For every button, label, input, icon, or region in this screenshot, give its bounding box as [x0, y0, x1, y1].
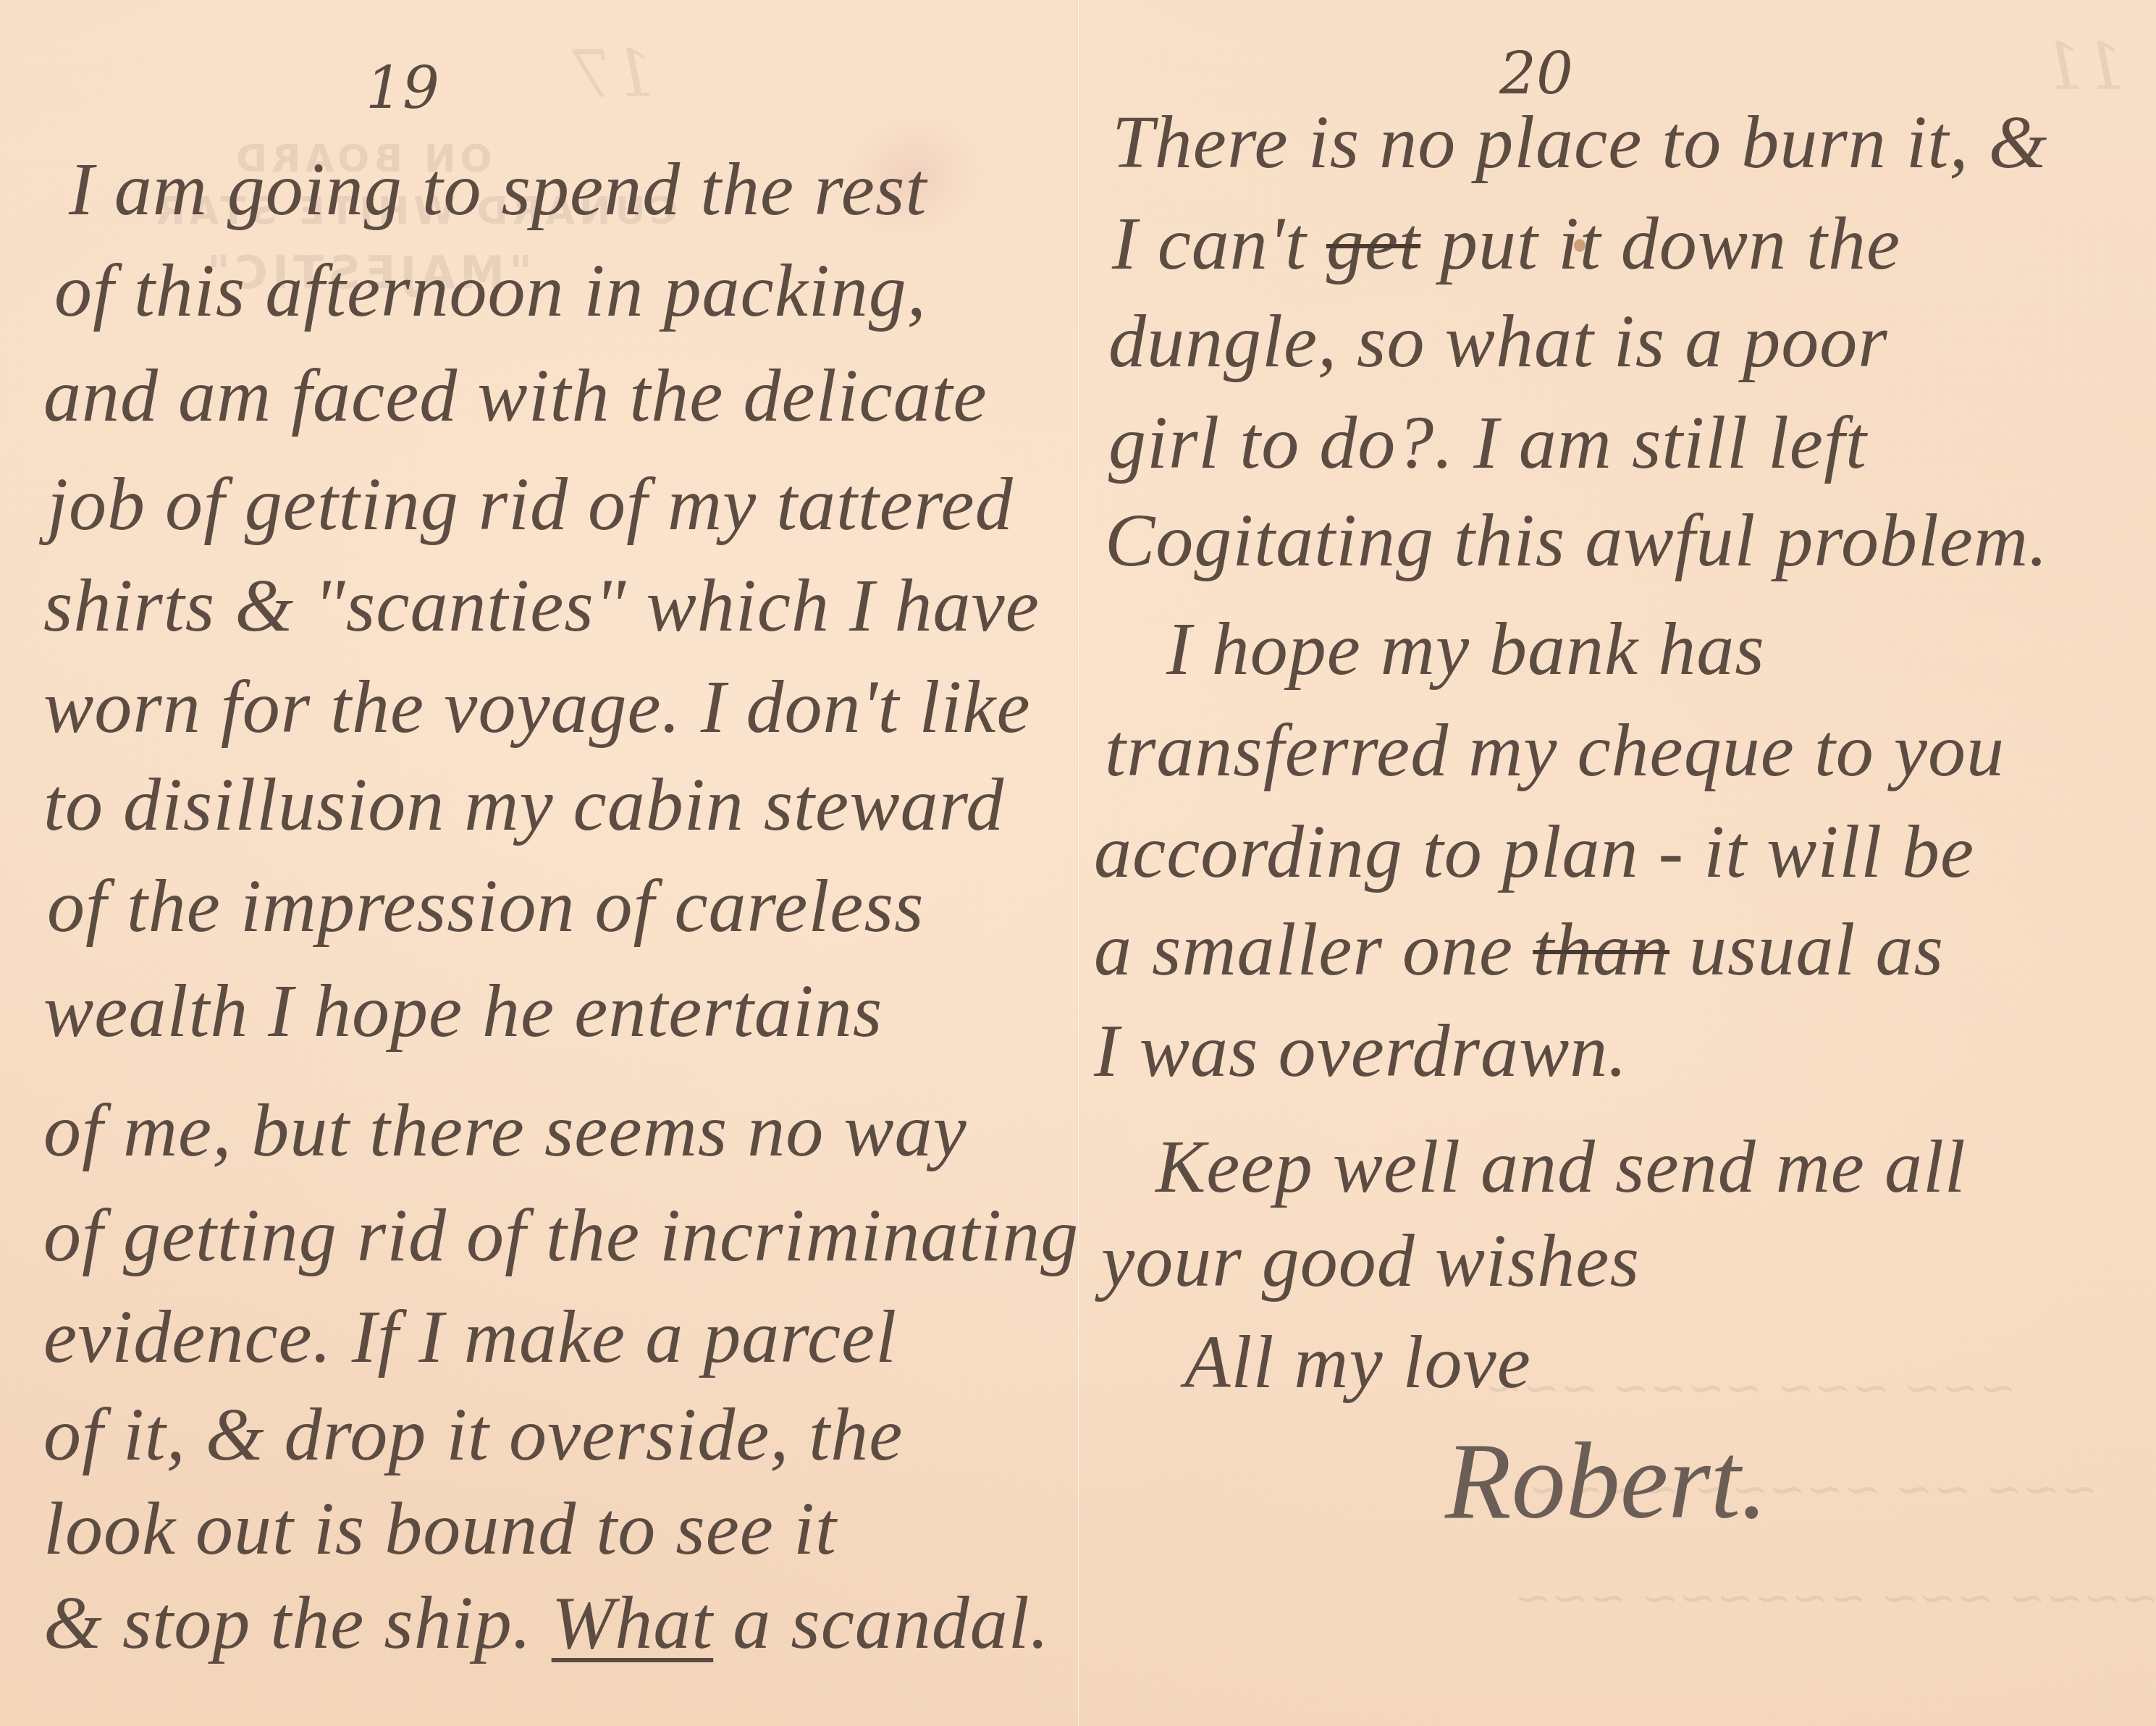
- right-page: 11 ~~~ ~~~ ~~~~ ~~~ ~~~ ~~ ~~~~~ ~~~~ ~~…: [1079, 0, 2156, 1726]
- letter-text: I can't: [1112, 202, 1326, 285]
- letter-text: & stop the ship.: [43, 1581, 532, 1664]
- signature: Robert.: [1445, 1419, 1768, 1544]
- valediction: All my love: [1184, 1325, 1531, 1400]
- ink-spot: [1574, 239, 1586, 252]
- letter-line: of this afternoon in packing,: [54, 253, 927, 329]
- letter-text: usual as: [1669, 908, 1944, 991]
- letter-line: worn for the voyage. I don't like: [43, 670, 1031, 745]
- letter-line: I am going to spend the rest: [69, 152, 927, 227]
- letter-line: according to plan - it will be: [1094, 814, 1974, 890]
- letter-line: I hope my bank has: [1166, 612, 1765, 687]
- letter-line: to disillusion my cabin steward: [43, 767, 1004, 843]
- reverse-page-number: 17: [572, 36, 655, 112]
- page-number-right: 20: [1499, 40, 1573, 107]
- letter-line: job of getting rid of my tattered: [47, 467, 1014, 542]
- letter-line-final: & stop the ship. What a scandal.: [43, 1586, 1050, 1661]
- reverse-writing-ghost: ~~~~ ~~~ ~~~~~~ ~~~: [1514, 1571, 2156, 1624]
- letter-text: a scandal.: [713, 1581, 1050, 1664]
- letter-line: girl to do?. I am still left: [1108, 405, 1867, 481]
- letter-line: a smaller one than usual as: [1094, 912, 1944, 988]
- closing-line: Keep well and send me all: [1155, 1129, 1966, 1205]
- scanned-letter: ON BOARD CUNARD WHITE STAR "MAJESTIC" 17…: [0, 0, 2156, 1726]
- letter-line: of the impression of careless: [47, 869, 924, 944]
- struck-word: get: [1326, 202, 1420, 285]
- reverse-writing-ghost: 11: [2042, 29, 2126, 105]
- closing-line: your good wishes: [1101, 1224, 1640, 1299]
- letter-line: Cogitating this awful problem.: [1105, 503, 2048, 578]
- left-page: ON BOARD CUNARD WHITE STAR "MAJESTIC" 17…: [0, 0, 1078, 1726]
- emphasized-word: What: [552, 1581, 714, 1664]
- page-number-left: 19: [366, 54, 439, 122]
- letter-line: transferred my cheque to you: [1105, 713, 2005, 788]
- letter-text: put it down the: [1420, 202, 1900, 285]
- letter-line: dungle, so what is a poor: [1108, 304, 1888, 379]
- letter-line: look out is bound to see it: [43, 1491, 837, 1567]
- letter-line: of it, & drop it overside, the: [43, 1397, 903, 1473]
- letter-line: evidence. If I make a parcel: [43, 1300, 897, 1375]
- letter-line: I can't get put it down the: [1112, 206, 1900, 282]
- letter-line: and am faced with the delicate: [43, 358, 988, 434]
- letter-line: I was overdrawn.: [1094, 1014, 1627, 1089]
- letter-text: a smaller one: [1094, 908, 1533, 991]
- reverse-writing-ghost: ~~~ ~~~ ~~~~ ~~~: [1485, 1361, 2016, 1414]
- letter-line: of getting rid of the incriminating: [43, 1198, 1078, 1274]
- letter-line: shirts & "scanties" which I have: [43, 568, 1040, 644]
- struck-word: than: [1533, 908, 1669, 991]
- letter-line: There is no place to burn it, &: [1112, 105, 2047, 180]
- letter-line: of me, but there seems no way: [43, 1093, 967, 1169]
- letter-line: wealth I hope he entertains: [43, 974, 883, 1049]
